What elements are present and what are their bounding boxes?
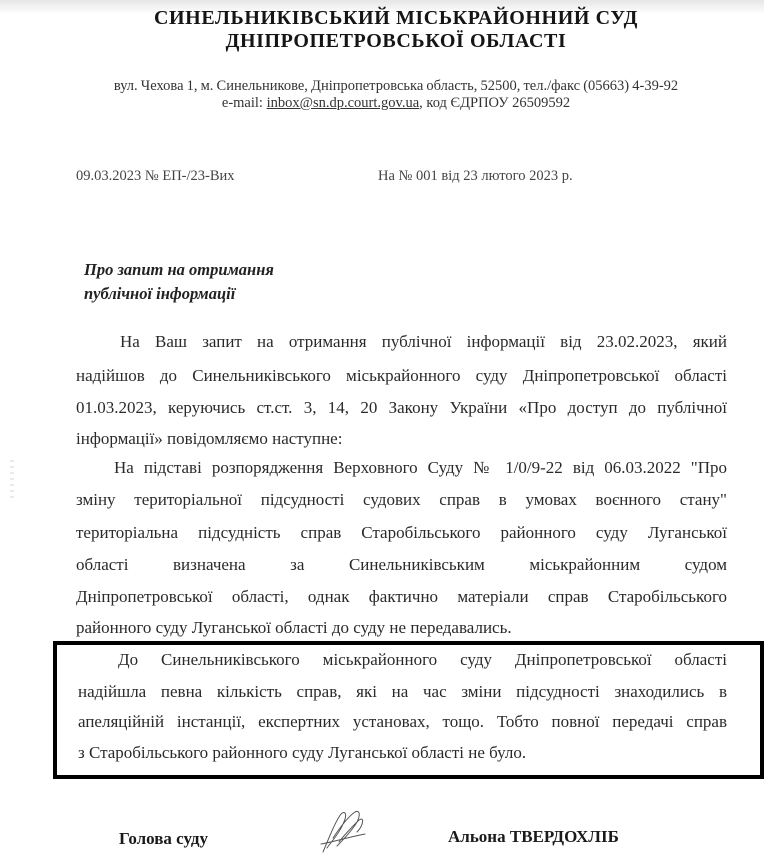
subject-line2: публічної інформації	[84, 283, 235, 305]
paragraph-line: надійшов до Синельниківського міськрайон…	[76, 366, 727, 386]
court-name-line1: СИНЕЛЬНИКІВСЬКИЙ МІСЬКРАЙОННИЙ СУД	[14, 6, 764, 30]
email-link[interactable]: inbox@sn.dp.court.gov.ua	[267, 95, 420, 111]
paragraph-line: територіальна підсудність справ Старобіл…	[76, 523, 727, 543]
paragraph-line: районного суду Луганської області до суд…	[76, 618, 727, 638]
paragraph-line: На Ваш запит на отримання публічної інфо…	[120, 332, 727, 352]
paragraph-line: зміну територіальної підсудності судових…	[76, 490, 727, 510]
paragraph-line: До Синельниківського міськрайонного суду…	[118, 650, 727, 670]
paragraph-line: області визначена за Синельниківським мі…	[76, 555, 727, 575]
paragraph-line: надійшла певна кількість справ, які на ч…	[78, 682, 727, 702]
incoming-reference: На № 001 від 23 лютого 2023 р.	[378, 168, 573, 185]
paragraph-line: інформації» повідомляємо наступне:	[76, 429, 727, 449]
signer-position: Голова суду	[119, 829, 208, 849]
court-address: вул. Чехова 1, м. Синельникове, Дніпропе…	[14, 77, 764, 95]
signer-name: Альона ТВЕРДОХЛІБ	[448, 827, 619, 847]
email-label: e-mail:	[222, 95, 267, 111]
paragraph-line: апеляційній інстанції, експертних устано…	[78, 712, 727, 732]
paragraph-line: Дніпропетровської області, однак фактичн…	[76, 587, 727, 607]
paragraph-line: 01.03.2023, керуючись ст.ст. 3, 14, 20 З…	[76, 398, 727, 418]
paragraph-line: з Старобільського районного суду Лугансь…	[78, 743, 729, 763]
outgoing-reference: 09.03.2023 № ЕП-/23-Вих	[76, 168, 235, 185]
subject-line1: Про запит на отримання	[84, 259, 274, 281]
edrpou-code: , код ЄДРПОУ 26509592	[419, 95, 570, 111]
handwritten-signature-icon	[315, 808, 375, 853]
scan-artifact	[10, 460, 14, 500]
court-name-line2: ДНІПРОПЕТРОВСЬКОЇ ОБЛАСТІ	[14, 29, 764, 53]
paragraph-line: На підставі розпорядження Верховного Суд…	[114, 458, 727, 478]
court-contacts: e-mail: inbox@sn.dp.court.gov.ua, код ЄД…	[14, 94, 764, 112]
